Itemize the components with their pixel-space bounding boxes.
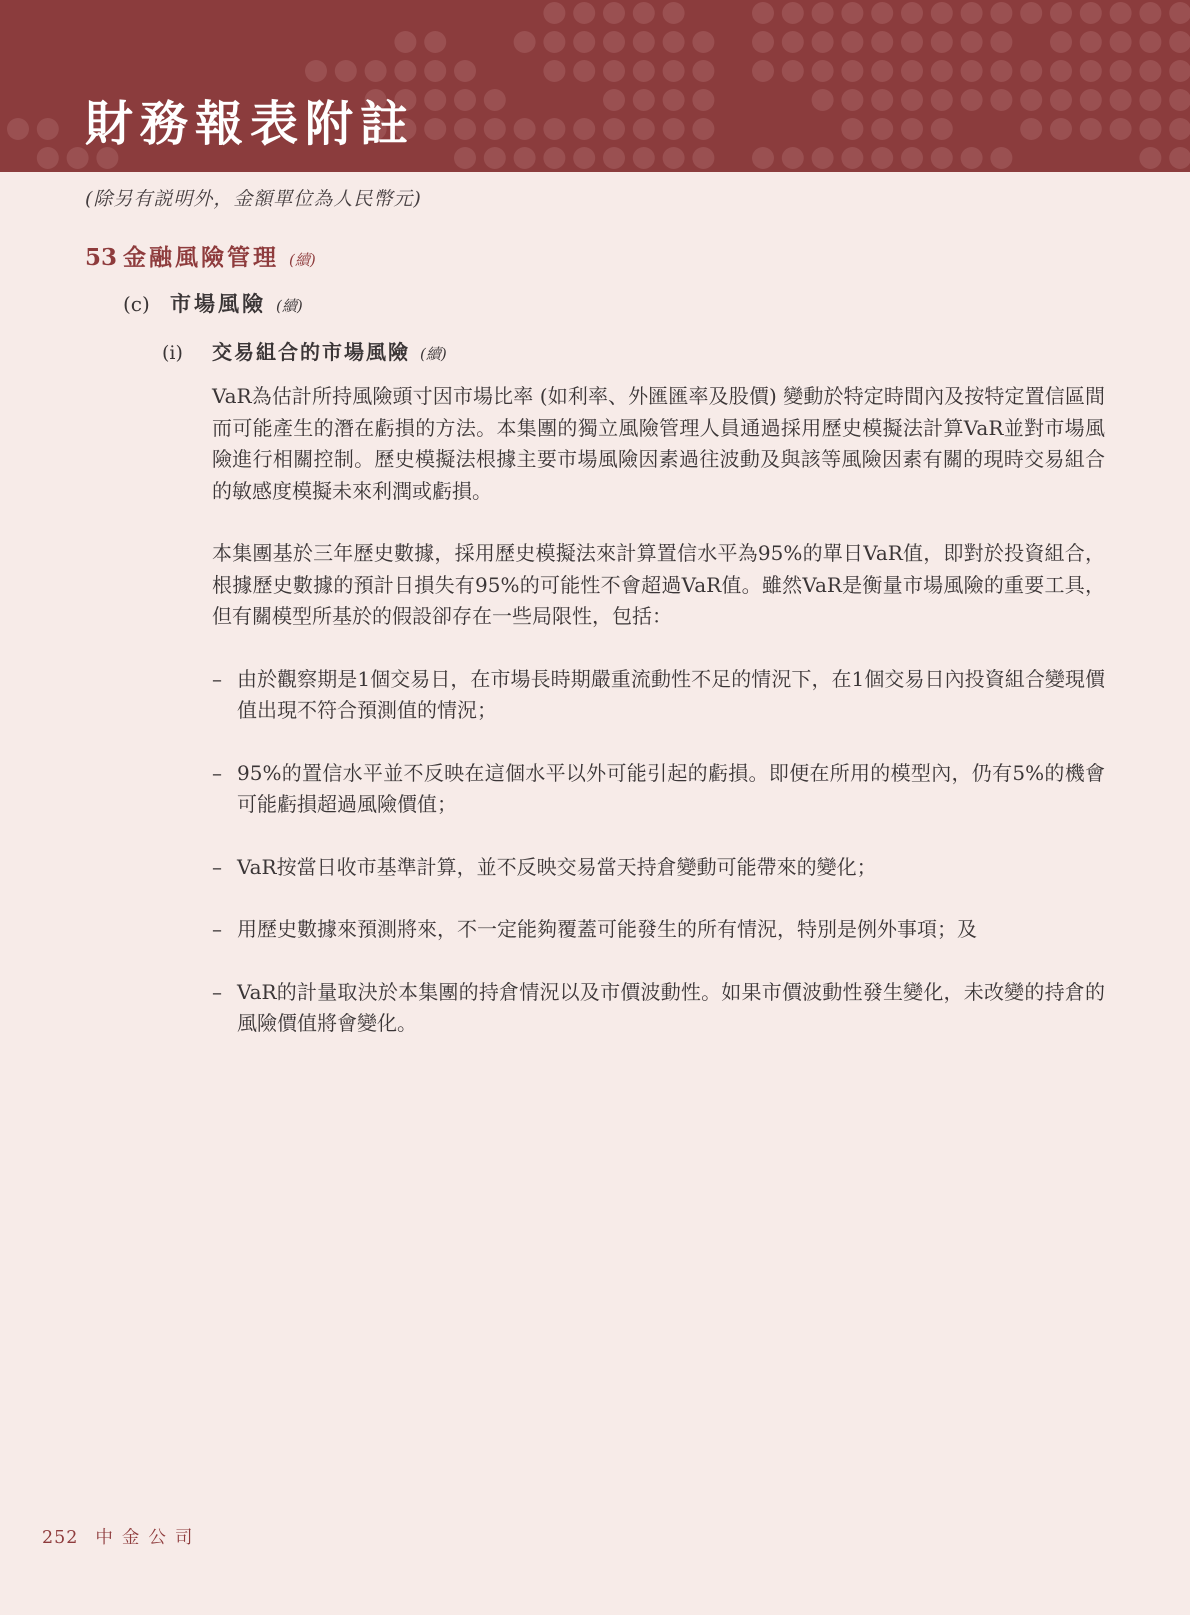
bullet-dash: – bbox=[212, 664, 237, 727]
bullet-text: VaR的計量取決於本集團的持倉情況以及市價波動性。如果市價波動性發生變化，未改變… bbox=[237, 977, 1105, 1040]
bullet-item: – 95%的置信水平並不反映在這個水平以外可能引起的虧損。即便在所用的模型內，仍… bbox=[212, 758, 1105, 821]
bullet-text: 95%的置信水平並不反映在這個水平以外可能引起的虧損。即便在所用的模型內，仍有5… bbox=[237, 758, 1105, 821]
bullet-item: – 由於觀察期是1個交易日，在市場長時期嚴重流動性不足的情況下，在1個交易日內投… bbox=[212, 664, 1105, 727]
subsubsection-continued-note: (續) bbox=[420, 343, 447, 364]
section-title: 金融風險管理 bbox=[123, 239, 279, 272]
page-footer: 252 中金公司 bbox=[42, 1524, 201, 1549]
bullet-dash: – bbox=[212, 977, 237, 1040]
body-text-block: VaR為估計所持風險頭寸因市場比率 (如利率、外匯匯率及股價) 變動於特定時間內… bbox=[85, 381, 1105, 1040]
section-continued-note: (續) bbox=[289, 249, 316, 270]
bullet-item: – VaR按當日收市基準計算，並不反映交易當天持倉變動可能帶來的變化； bbox=[212, 852, 1105, 884]
footer-company-name: 中金公司 bbox=[95, 1524, 201, 1549]
bullet-text: 由於觀察期是1個交易日，在市場長時期嚴重流動性不足的情況下，在1個交易日內投資組… bbox=[237, 664, 1105, 727]
page-header-band: 財務報表附註 bbox=[0, 0, 1190, 172]
bullet-item: – 用歷史數據來預測將來，不一定能夠覆蓋可能發生的所有情況，特別是例外事項；及 bbox=[212, 914, 1105, 946]
subsubsection-title: 交易組合的市場風險 bbox=[212, 336, 410, 365]
paragraph-var-methodology: 本集團基於三年歷史數據，採用歷史模擬法來計算置信水平為95%的單日VaR值，即對… bbox=[212, 538, 1105, 633]
subsubsection-heading: (i) 交易組合的市場風險 (續) bbox=[85, 336, 1105, 365]
currency-note-line: (除另有説明外，金額單位為人民幣元) bbox=[85, 184, 1105, 211]
bullet-dash: – bbox=[212, 914, 237, 946]
bullet-item: – VaR的計量取決於本集團的持倉情況以及市價波動性。如果市價波動性發生變化，未… bbox=[212, 977, 1105, 1040]
section-heading: 53 金融風險管理 (續) bbox=[85, 239, 1105, 272]
subsection-heading: (c) 市場風險 (續) bbox=[85, 288, 1105, 318]
document-page: 財務報表附註 (除另有説明外，金額單位為人民幣元) 53 金融風險管理 (續) … bbox=[0, 0, 1190, 1615]
subsection-continued-note: (續) bbox=[276, 295, 303, 316]
section-number: 53 bbox=[85, 244, 123, 271]
bullet-text: VaR按當日收市基準計算，並不反映交易當天持倉變動可能帶來的變化； bbox=[237, 852, 1105, 884]
footer-page-number: 252 bbox=[42, 1528, 78, 1548]
page-content: (除另有説明外，金額單位為人民幣元) 53 金融風險管理 (續) (c) 市場風… bbox=[0, 184, 1190, 1040]
subsubsection-label: (i) bbox=[162, 342, 212, 364]
page-title: 財務報表附註 bbox=[85, 98, 415, 151]
bullet-dash: – bbox=[212, 758, 237, 821]
bullet-dash: – bbox=[212, 852, 237, 884]
subsection-label: (c) bbox=[123, 292, 170, 316]
bullet-text: 用歷史數據來預測將來，不一定能夠覆蓋可能發生的所有情況，特別是例外事項；及 bbox=[237, 914, 1105, 946]
paragraph-var-definition: VaR為估計所持風險頭寸因市場比率 (如利率、外匯匯率及股價) 變動於特定時間內… bbox=[212, 381, 1105, 507]
subsection-title: 市場風險 bbox=[170, 288, 266, 318]
